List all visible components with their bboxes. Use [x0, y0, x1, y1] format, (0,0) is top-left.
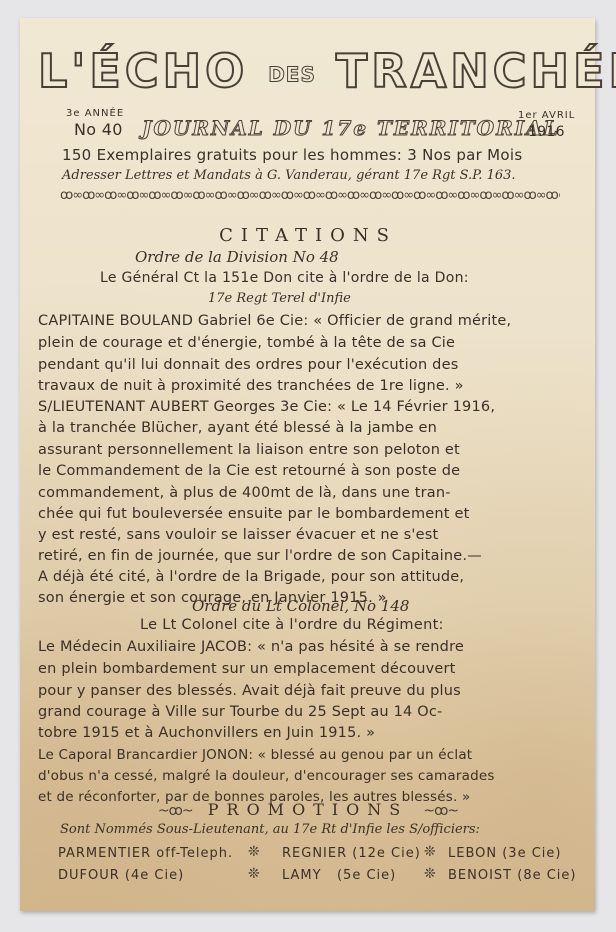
- title-tranchees: TRANCHÉES: [336, 44, 616, 98]
- promotions-heading: ~ꝏ~ PROMOTIONS ~ꝏ~: [0, 800, 616, 819]
- citation-line: y est resté, sans vouloir se laisser éva…: [38, 527, 438, 543]
- citation-line: le Commandement de la Cie est retourné à…: [38, 463, 460, 479]
- citation-line: grand courage à Ville sur Tourbe du 25 S…: [38, 704, 443, 720]
- distribution-note: 150 Exemplaires gratuits pour les hommes…: [62, 146, 522, 164]
- date-day: 1er AVRIL: [518, 110, 575, 121]
- title-des: DES: [268, 63, 316, 87]
- citations-heading-text: CITATIONS: [0, 225, 616, 246]
- colonel-order: Ordre du Lt Colonel, No 148: [192, 597, 409, 615]
- citation-line: d'obus n'a cessé, malgré la douleur, d'e…: [38, 768, 495, 784]
- citation-line: retiré, en fin de journée, que sur l'ord…: [38, 548, 482, 564]
- citations-heading: CITATIONS: [0, 225, 616, 246]
- asterism-icon: ❊: [248, 866, 260, 882]
- citation-line: chée qui fut bouleversée ensuite par le …: [38, 506, 470, 522]
- citation-line: pour y panser des blessés. Avait déjà fa…: [38, 683, 461, 699]
- citation-line: à la tranchée Blücher, ayant été blessé …: [38, 420, 437, 436]
- asterism-icon: ❊: [248, 844, 260, 860]
- address-note: Adresser Lettres et Mandats à G. Vandera…: [62, 168, 516, 183]
- regiment-label: 17e Regt Terel d'Infie: [208, 291, 351, 306]
- issue-number: No 40: [74, 120, 123, 139]
- citation-line: CAPITAINE BOULAND Gabriel 6e Cie: « Offi…: [38, 313, 511, 329]
- journal-subtitle: JOURNAL DU 17e TERRITORIAL: [142, 116, 560, 140]
- division-intro: Le Général Ct la 151e Don cite à l'ordre…: [100, 270, 469, 286]
- promotion-name: PARMENTIER off-Teleph.: [58, 846, 233, 861]
- citation-line: Le Médecin Auxiliaire JACOB: « n'a pas h…: [38, 639, 464, 655]
- citation-line: Le Caporal Brancardier JONON: « blessé a…: [38, 747, 472, 763]
- promotions-heading-text: PROMOTIONS: [208, 800, 409, 819]
- citation-line: travaux de nuit à proximité des tranchée…: [38, 378, 464, 394]
- asterism-icon: ❊: [424, 866, 436, 882]
- colonel-intro: Le Lt Colonel cite à l'ordre du Régiment…: [140, 617, 444, 633]
- citation-line: plein de courage et d'énergie, tombé à l…: [38, 335, 455, 351]
- citation-line: A déjà été cité, à l'ordre de la Brigade…: [38, 569, 464, 585]
- citation-line: tobre 1915 et à Auchonvillers en Juin 19…: [38, 725, 375, 741]
- citation-line: pendant qu'il lui donnait des ordres pou…: [38, 357, 458, 373]
- flourish-right-icon: ~ꝏ~: [423, 803, 458, 819]
- year-label: 3e ANNÉE: [66, 108, 124, 119]
- title-echo: L'ÉCHO: [38, 44, 248, 98]
- promotion-name: LAMY (5e Cie): [282, 868, 396, 883]
- masthead-title: L'ÉCHO DES TRANCHÉES: [38, 44, 538, 98]
- citation-line: assurant personnellement la liaison entr…: [38, 442, 460, 458]
- citation-line: commandement, à plus de 400mt de là, dan…: [38, 485, 451, 501]
- division-order: Ordre de la Division No 48: [135, 248, 339, 266]
- citation-line: S/LIEUTENANT AUBERT Georges 3e Cie: « Le…: [38, 399, 495, 415]
- promotion-name: DUFOUR (4e Cie): [58, 868, 184, 883]
- citation-line: en plein bombardement sur un emplacement…: [38, 661, 456, 677]
- promotions-intro: Sont Nommés Sous-Lieutenant, au 17e Rt d…: [60, 822, 480, 837]
- ornament-divider: ꝏ∞ꝏ∞ꝏ∞ꝏ∞ꝏ∞ꝏ∞ꝏ∞ꝏ∞ꝏ∞ꝏ∞ꝏ∞ꝏ∞ꝏ∞ꝏ∞ꝏ∞ꝏ∞ꝏ∞ꝏ∞ꝏ∞ꝏ∞…: [60, 188, 560, 203]
- promotion-name: LEBON (3e Cie): [448, 846, 561, 861]
- date-year: 1916: [528, 124, 565, 140]
- promotion-name: REGNIER (12e Cie): [282, 846, 421, 861]
- promotion-name: BENOIST (8e Cie): [448, 868, 576, 883]
- asterism-icon: ❊: [424, 844, 436, 860]
- flourish-left-icon: ~ꝏ~: [158, 803, 193, 819]
